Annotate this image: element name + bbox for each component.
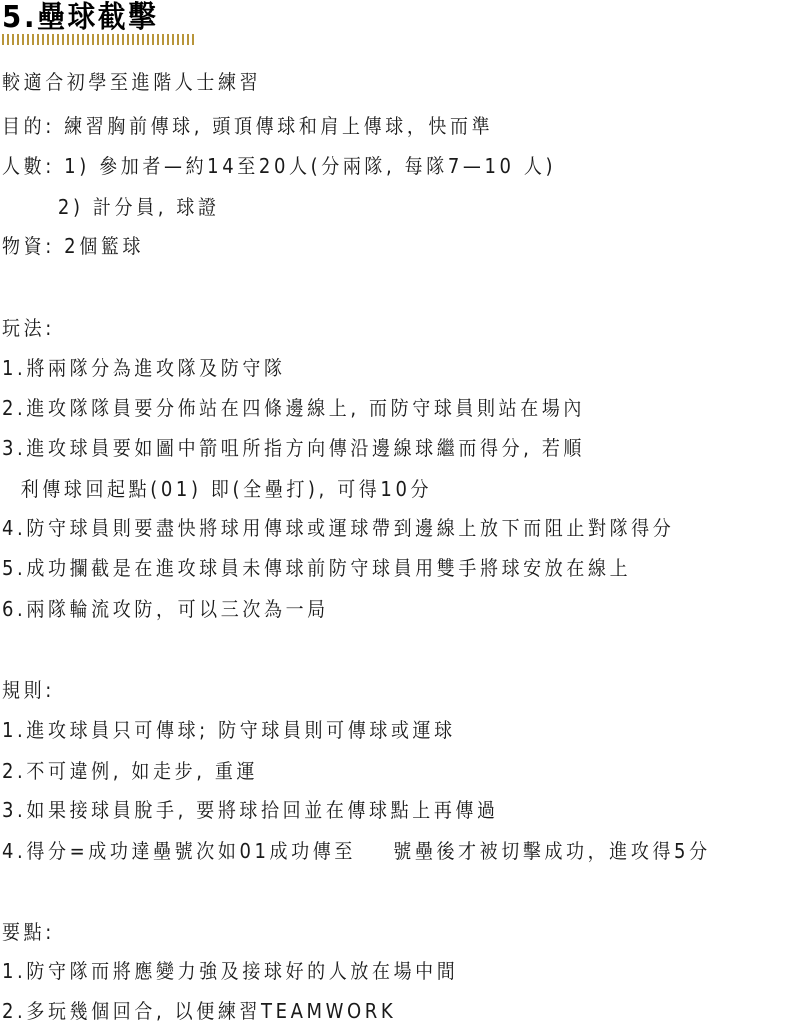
gameplay-item: 4.防守球員則要盡快將球用傳球或運球帶到邊線上放下而阻止對隊得分 (2, 515, 674, 541)
gameplay-item: 利傳球回起點(01) 即(全壘打), 可得10分 (2, 476, 432, 502)
purpose-text: 目的: 練習胸前傳球, 頭頂傳球和肩上傳球，快而準 (2, 113, 493, 139)
people-text-2: 2) 計分員, 球證 (2, 194, 220, 220)
rules-item: 2.不可違例, 如走步, 重運 (2, 758, 258, 784)
materials-text: 物資: 2個籃球 (2, 233, 144, 259)
tips-heading: 要點: (2, 919, 55, 945)
tips-item: 2.多玩幾個回合, 以便練習TEAMWORK (2, 998, 396, 1024)
gameplay-heading: 玩法: (2, 315, 55, 341)
gameplay-item: 5.成功攔截是在進攻球員未傳球前防守球員用雙手將球安放在線上 (2, 555, 631, 581)
gameplay-item: 3.進攻球員要如圖中箭咀所指方向傳沿邊線球繼而得分, 若順 (2, 435, 585, 461)
rules-item: 1.進攻球員只可傳球; 防守球員則可傳球或運球 (2, 717, 456, 743)
gameplay-item: 6.兩隊輪流攻防，可以三次為一局 (2, 596, 329, 622)
page-title: 5.壘球截擊 (2, 0, 159, 36)
rules-item: 3.如果接球員脫手, 要將球拾回並在傳球點上再傳過 (2, 797, 499, 823)
title-underline-stripes (2, 34, 196, 45)
people-text-1: 人數: 1) 參加者—約14至20人(分兩隊, 每隊7—10 人) (2, 153, 556, 179)
tips-item: 1.防守隊而將應變力強及接球好的人放在場中間 (2, 958, 458, 984)
gameplay-item: 2.進攻隊隊員要分佈站在四條邊線上, 而防守球員則站在場內 (2, 395, 585, 421)
rules-heading: 規則: (2, 677, 55, 703)
gameplay-item: 1.將兩隊分為進攻隊及防守隊 (2, 355, 286, 381)
rules-item: 4.得分=成功達壘號次如01成功傳至 號壘後才被切擊成功，進攻得5分 (2, 838, 711, 864)
level-text: 較適合初學至進階人士練習 (2, 69, 261, 95)
